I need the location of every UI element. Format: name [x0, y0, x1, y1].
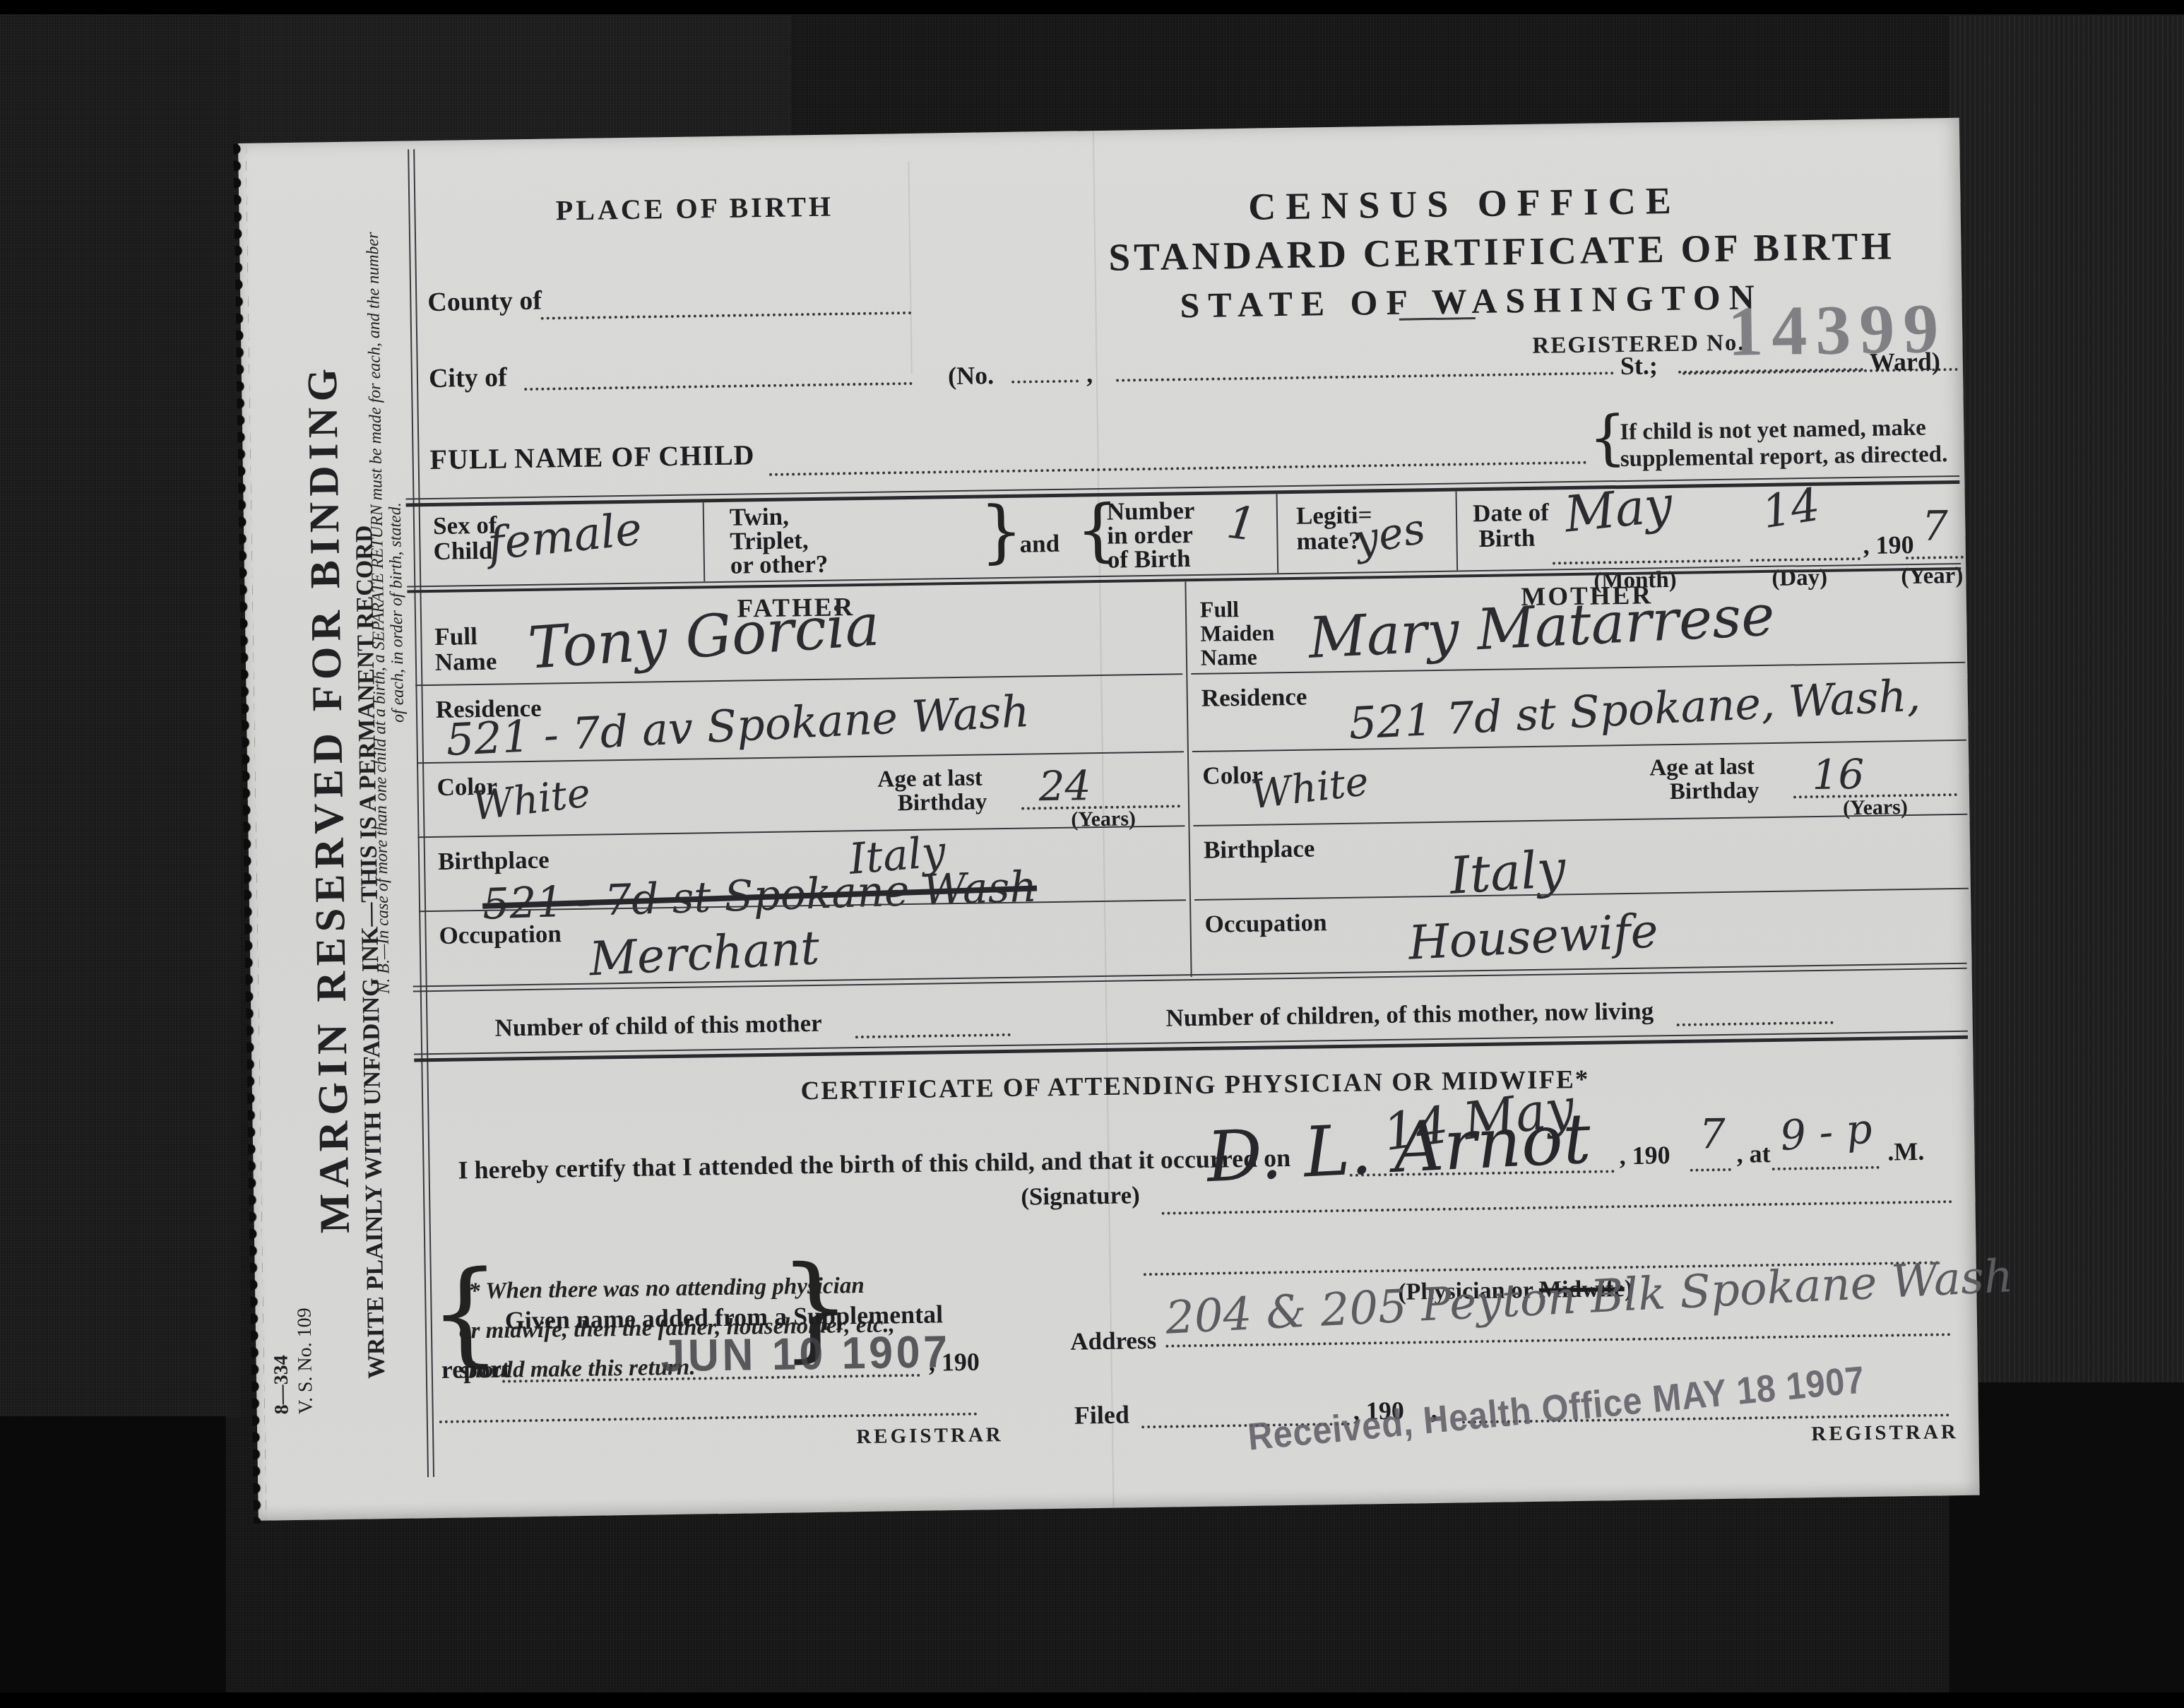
father-age-label-line2: Birthday: [898, 790, 987, 815]
mother-name-label-line1: Full: [1200, 598, 1240, 621]
supplemental-report-label: report: [441, 1356, 511, 1382]
child-note-line2: supplemental report, as directed.: [1620, 441, 1948, 473]
mother-birthplace-handwriting: Italy: [1448, 843, 1567, 901]
margin-reserved-for-binding: MARGIN RESERVED FOR BINDING: [299, 407, 360, 1234]
children-living-line: [1677, 1021, 1834, 1026]
order-value-handwriting: 1: [1224, 500, 1258, 549]
certificate-paper: 8—334 V. S. No. 109 MARGIN RESERVED FOR …: [238, 118, 1980, 1521]
margin-vs-number: V. S. No. 109: [292, 1245, 318, 1414]
mother-occupation-label: Occupation: [1204, 910, 1327, 937]
sex-value-handwriting: female: [486, 506, 644, 567]
street-label: St.;: [1620, 352, 1658, 379]
father-birthplace-struck-handwriting: 521 - 7d st Spokane Wash: [482, 866, 1038, 926]
background-left-fabric: [0, 16, 240, 1418]
city-line: [524, 382, 913, 391]
scanned-birth-certificate: 8—334 V. S. No. 109 MARGIN RESERVED FOR …: [0, 0, 2184, 1708]
father-age-label-line1: Age at last: [877, 766, 983, 791]
dob-day-handwriting: 14: [1759, 482, 1822, 536]
street-no-label: (No.: [948, 362, 995, 389]
mother-birthplace-label: Birthplace: [1204, 836, 1315, 862]
margin-form-number: 8—334: [269, 1308, 293, 1414]
father-color-handwriting: White: [470, 773, 593, 827]
dob-label-line2: Birth: [1478, 526, 1535, 551]
father-occupation-handwriting: Merchant: [588, 925, 821, 983]
county-of-label: County of: [427, 287, 542, 316]
dob-label-line1: Date of: [1473, 500, 1549, 526]
father-color-line: [418, 825, 1185, 838]
order-brace-close: }: [980, 501, 1023, 562]
mother-birthplace-line: [1194, 888, 1969, 901]
mother-age-label-line2: Birthday: [1670, 779, 1759, 804]
mother-name-label-line3: Name: [1201, 646, 1257, 669]
twin-label-line3: or other?: [730, 552, 829, 578]
signature-line: [1162, 1200, 1953, 1215]
mother-name-label-line2: Maiden: [1200, 621, 1274, 645]
mother-age-label-line1: Age at last: [1649, 755, 1755, 780]
ward-label: Ward): [1870, 348, 1941, 374]
certify-time-handwriting: 9 - p: [1779, 1108, 1874, 1156]
certify-time-line: [1772, 1166, 1880, 1170]
signature-label: (Signature): [1021, 1182, 1140, 1209]
row1-divider-2: [1276, 494, 1279, 573]
twin-label-line1: Twin,: [730, 504, 789, 529]
place-of-birth-heading: PLACE OF BIRTH: [542, 189, 847, 227]
row1-divider-3: [1455, 491, 1458, 570]
number-of-child-line: [855, 1033, 1011, 1038]
dob-year-handwriting: 7: [1922, 505, 1949, 547]
street-no-comma: ,: [1086, 361, 1093, 386]
father-name-label-line2: Name: [435, 649, 497, 675]
background-right-fabric: [1949, 16, 2184, 1382]
county-line: [541, 312, 912, 320]
dob-day-line: [1750, 557, 1860, 562]
full-name-of-child-label: FULL NAME OF CHILD: [429, 441, 754, 474]
background-bottom-left-dark: [0, 1416, 226, 1708]
upper-crease: [908, 162, 913, 374]
full-name-line: [769, 461, 1587, 476]
signature-handwriting: D. L. Arnot: [1205, 1104, 1592, 1192]
certify-year-prefix: , 190: [1619, 1142, 1670, 1168]
physician-note-brace-open: {: [429, 1262, 502, 1364]
mother-occupation-handwriting: Housewife: [1407, 908, 1659, 967]
jun-10-1907-date-stamp: JUN 10 1907: [660, 1325, 951, 1382]
certify-statement: I hereby certify that I attended the bir…: [458, 1145, 1290, 1182]
sex-label-line2: Child: [433, 538, 492, 564]
dob-year-prefix: , 190: [1863, 532, 1914, 558]
background-bottom-right-dark: [1949, 1382, 2184, 1708]
background-bottom-strip: [0, 1692, 2184, 1708]
children-living-label: Number of children, of this mother, now …: [1165, 998, 1654, 1030]
certify-m-label: .M.: [1887, 1139, 1925, 1165]
father-name-label-line1: Full: [434, 624, 477, 649]
address-label: Address: [1070, 1328, 1156, 1354]
street-name-line: [1116, 372, 1614, 381]
physician-certificate-heading: CERTIFICATE OF ATTENDING PHYSICIAN OR MI…: [556, 1061, 1834, 1110]
mother-residence-label: Residence: [1201, 684, 1307, 711]
margin-rule-1: [408, 149, 429, 1477]
left-registrar-label: REGISTRAR: [856, 1423, 1004, 1449]
parents-center-divider: [1185, 581, 1192, 977]
father-name-handwriting: Tony Gorcia: [526, 597, 881, 678]
certificate-title: STANDARD CERTIFICATE OF BIRTH: [1108, 225, 1822, 280]
background-top-strip: [0, 0, 2184, 14]
father-occupation-label: Occupation: [439, 921, 562, 948]
dob-month-handwriting: May: [1562, 479, 1675, 539]
and-label: and: [1019, 531, 1060, 557]
city-of-label: City of: [429, 364, 507, 392]
row1-divider-1: [703, 502, 706, 581]
child-note-line1: If child is not yet named, make: [1620, 415, 1926, 446]
mother-age-handwriting: 16: [1812, 754, 1865, 795]
census-office-heading: CENSUS OFFICE: [1178, 177, 1751, 230]
mother-residence-handwriting: 521 7d st Spokane, Wash,: [1348, 674, 1921, 746]
certify-year-handwriting: 7: [1699, 1113, 1726, 1155]
filed-label: Filed: [1074, 1401, 1130, 1428]
twin-label-line2: Triplet,: [730, 528, 809, 554]
certify-year-line: [1690, 1168, 1731, 1172]
street-no-line: [1011, 379, 1079, 383]
order-label-line3: of Birth: [1108, 546, 1191, 572]
margin-nb-line2: of each, in order of birth, stated.: [386, 502, 408, 723]
received-health-office-stamp: Received, Health Office MAY 18 1907: [1246, 1358, 1867, 1459]
right-registrar-label: REGISTRAR: [1811, 1421, 1959, 1446]
mother-name-handwriting: Mary Matarrese: [1307, 587, 1776, 667]
dob-month-line: [1553, 559, 1740, 565]
number-of-child-label: Number of child of this mother: [494, 1011, 822, 1040]
mother-color-line: [1193, 814, 1967, 826]
left-registrar-line: [439, 1413, 978, 1423]
mother-color-handwriting: White: [1249, 762, 1371, 816]
supplemental-year-label: , 190: [928, 1349, 980, 1375]
father-birthplace-label: Birthplace: [438, 848, 550, 874]
dob-year-line: [1906, 556, 1964, 559]
father-age-handwriting: 24: [1038, 765, 1091, 807]
certify-at-label: , at: [1736, 1141, 1771, 1167]
legitimate-label-line2: mate?: [1296, 528, 1361, 553]
legitimate-value-handwriting: yes: [1351, 507, 1429, 562]
